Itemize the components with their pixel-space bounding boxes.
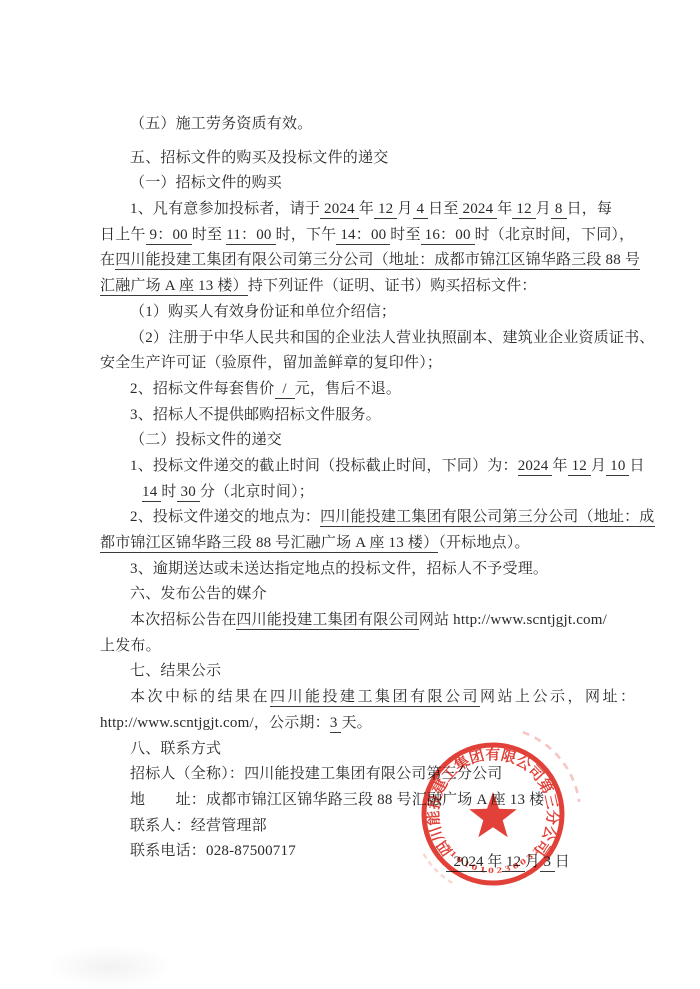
text-segment: 年	[359, 201, 374, 217]
text-segment: （二）投标文件的递交	[130, 432, 282, 448]
text-segment: 年	[552, 458, 567, 474]
text-segment: 上发布。	[100, 638, 161, 654]
text-segment: 在	[100, 252, 115, 268]
text-line: 地 址：成都市锦江区锦华路三段 88 号汇融广场 A 座 13 楼	[100, 788, 616, 814]
issue-date: 2024 年 12 月 3 日	[446, 851, 570, 873]
text-segment: 月	[525, 854, 540, 870]
text-segment: （1）购买人有效身份证和单位介绍信；	[130, 304, 396, 320]
text-segment: 时（北京时间，下同），	[475, 227, 635, 243]
text-line: （二）投标文件的递交	[100, 428, 616, 454]
text-segment: 网站上公示，网址：	[480, 689, 638, 705]
underlined-field: 14：00	[336, 227, 390, 245]
document-lines: （五）施工劳务资质有效。五、招标文件的购买及投标文件的递交（一）招标文件的购买1…	[100, 112, 616, 865]
text-line: （一）招标文件的购买	[100, 171, 616, 197]
underlined-field: 8	[551, 201, 567, 219]
text-line: 八、联系方式	[100, 737, 616, 763]
underlined-field: 汇融广场 A 座 13 楼）	[100, 278, 248, 296]
underlined-field: 12	[512, 201, 535, 219]
underlined-field: 2024	[320, 201, 359, 219]
text-segment: 日至	[428, 201, 458, 217]
underlined-field: 14	[142, 484, 161, 502]
text-segment: 年	[487, 854, 502, 870]
text-segment: 月	[397, 201, 412, 217]
text-segment: 六、发布公告的媒介	[130, 586, 267, 602]
underlined-field: 10	[606, 458, 629, 476]
text-segment: 1、投标文件递交的截止时间（投标截止时间，下同）为：	[130, 458, 518, 474]
text-line: 都市锦江区锦华路三段 88 号汇融广场 A 座 13 楼）（开标地点）。	[100, 531, 616, 557]
underlined-field: 四川能投建工集团有限公司	[270, 689, 480, 707]
text-segment: 日	[555, 854, 570, 870]
text-line: 六、发布公告的媒介	[100, 582, 616, 608]
text-line: 3、招标人不提供邮购招标文件服务。	[100, 403, 616, 429]
text-line: 汇融广场 A 座 13 楼）持下列证件（证明、证书）购买招标文件：	[100, 274, 616, 300]
text-segment: 时至	[192, 227, 226, 243]
underlined-field: 16：00	[421, 227, 475, 245]
text-line: 上发布。	[100, 634, 616, 660]
underlined-field: 4	[413, 201, 429, 219]
underlined-field: 四川能投建工集团有限公司第三分公司（地址：成都市锦江区锦华路三段 88 号	[115, 252, 640, 270]
underlined-field: 12	[374, 201, 397, 219]
text-segment: 七、结果公示	[130, 663, 221, 679]
underlined-field: 四川能投建工集团有限公司第三分公司（地址：成	[320, 509, 654, 527]
text-line: 本次中标的结果在四川能投建工集团有限公司网站上公示，网址：	[100, 685, 616, 711]
text-segment: 联系电话：028-87500717	[130, 843, 296, 859]
text-line: 五、招标文件的购买及投标文件的递交	[100, 146, 616, 172]
text-segment: 安全生产许可证（验原件，留加盖鲜章的复印件）；	[100, 355, 442, 371]
text-line: 七、结果公示	[100, 659, 616, 685]
underlined-field: 3	[330, 715, 342, 733]
scanned-document-page: （五）施工劳务资质有效。五、招标文件的购买及投标文件的递交（一）招标文件的购买1…	[0, 0, 700, 989]
text-segment: 网站 http://www.scntjgjt.com/	[419, 612, 607, 628]
text-segment: 日	[629, 458, 644, 474]
text-segment: 月	[536, 201, 551, 217]
underlined-field: 都市锦江区锦华路三段 88 号汇融广场 A 座 13 楼）	[100, 535, 438, 553]
text-line: 1、凡有意参加投标者，请于 2024 年 12 月 4 日至 2024 年 12…	[100, 197, 616, 223]
text-segment: 地 址：成都市锦江区锦华路三段 88 号汇融广场 A 座 13 楼	[130, 792, 544, 808]
text-segment: 月	[591, 458, 606, 474]
text-segment: 2、招标文件每套售价	[130, 381, 275, 397]
text-line: 本次招标公告在四川能投建工集团有限公司网站 http://www.scntjgj…	[100, 608, 616, 634]
underlined-field: 四川能投建工集团有限公司	[236, 612, 418, 630]
text-segment: 3、招标人不提供邮购招标文件服务。	[130, 407, 381, 423]
underlined-field: 9：00	[146, 227, 192, 245]
text-line: 联系人：经营管理部	[100, 814, 616, 840]
text-line: 在四川能投建工集团有限公司第三分公司（地址：成都市锦江区锦华路三段 88 号	[100, 248, 616, 274]
text-line: 招标人（全称）：四川能投建工集团有限公司第三分公司	[100, 762, 616, 788]
text-line: （五）施工劳务资质有效。	[100, 112, 616, 138]
text-line: 14 时 30 分（北京时间）；	[100, 480, 616, 506]
text-line: 3、逾期送达或未送达指定地点的投标文件，招标人不予受理。	[100, 557, 616, 583]
text-line: （2）注册于中华人民共和国的企业法人营业执照副本、建筑业企业资质证书、	[100, 326, 616, 352]
underlined-field: 12	[568, 458, 591, 476]
underlined-field: 12	[502, 854, 525, 872]
scan-shadow	[45, 945, 175, 989]
text-segment: （一）招标文件的购买	[130, 175, 282, 191]
text-segment: 本次招标公告在	[130, 612, 236, 628]
text-segment: 日，每	[567, 201, 613, 217]
text-segment: 3、逾期送达或未送达指定地点的投标文件，招标人不予受理。	[130, 561, 548, 577]
underlined-field: 30	[177, 484, 200, 502]
text-segment: 2、投标文件递交的地点为：	[130, 509, 320, 525]
underlined-field: 2024	[518, 458, 553, 476]
text-segment: 时，下午	[276, 227, 337, 243]
text-segment: 联系人：经营管理部	[130, 818, 267, 834]
text-segment: （五）施工劳务资质有效。	[130, 116, 312, 132]
text-segment: （2）注册于中华人民共和国的企业法人营业执照副本、建筑业企业资质证书、	[130, 330, 655, 346]
text-segment: http://www.scntjgjt.com/，公示期：	[100, 715, 330, 731]
text-segment: （开标地点）。	[438, 535, 529, 551]
underlined-field: /	[275, 381, 295, 399]
underlined-field: 11：00	[226, 227, 275, 245]
text-segment: 天。	[341, 715, 371, 731]
text-segment: 元，售后不退。	[295, 381, 401, 397]
text-line: 2、招标文件每套售价 / 元，售后不退。	[100, 377, 616, 403]
text-segment: 时	[161, 484, 176, 500]
text-segment: 持下列证件（证明、证书）购买招标文件：	[248, 278, 537, 294]
text-segment: 本次中标的结果在	[130, 689, 270, 705]
text-segment: 五、招标文件的购买及投标文件的递交	[130, 150, 388, 166]
underlined-field: 2024	[459, 201, 498, 219]
text-line: 日上午 9：00 时至 11：00 时，下午 14：00 时至 16：00 时（…	[100, 223, 616, 249]
text-segment: 分（北京时间）；	[200, 484, 314, 500]
text-line: http://www.scntjgjt.com/，公示期：3 天。	[100, 711, 616, 737]
underlined-field: 2024	[446, 854, 487, 872]
underlined-field: 3	[540, 854, 555, 872]
text-segment: 年	[497, 201, 512, 217]
text-line: 2、投标文件递交的地点为：四川能投建工集团有限公司第三分公司（地址：成	[100, 505, 616, 531]
text-segment: 日上午	[100, 227, 146, 243]
text-line: （1）购买人有效身份证和单位介绍信；	[100, 300, 616, 326]
text-segment: 时至	[390, 227, 420, 243]
text-segment: 八、联系方式	[130, 741, 221, 757]
text-line: 1、投标文件递交的截止时间（投标截止时间，下同）为：2024 年 12 月 10…	[100, 454, 616, 480]
text-line: 安全生产许可证（验原件，留加盖鲜章的复印件）；	[100, 351, 616, 377]
text-segment: 1、凡有意参加投标者，请于	[130, 201, 320, 217]
text-segment: 招标人（全称）：四川能投建工集团有限公司第三分公司	[130, 766, 503, 782]
